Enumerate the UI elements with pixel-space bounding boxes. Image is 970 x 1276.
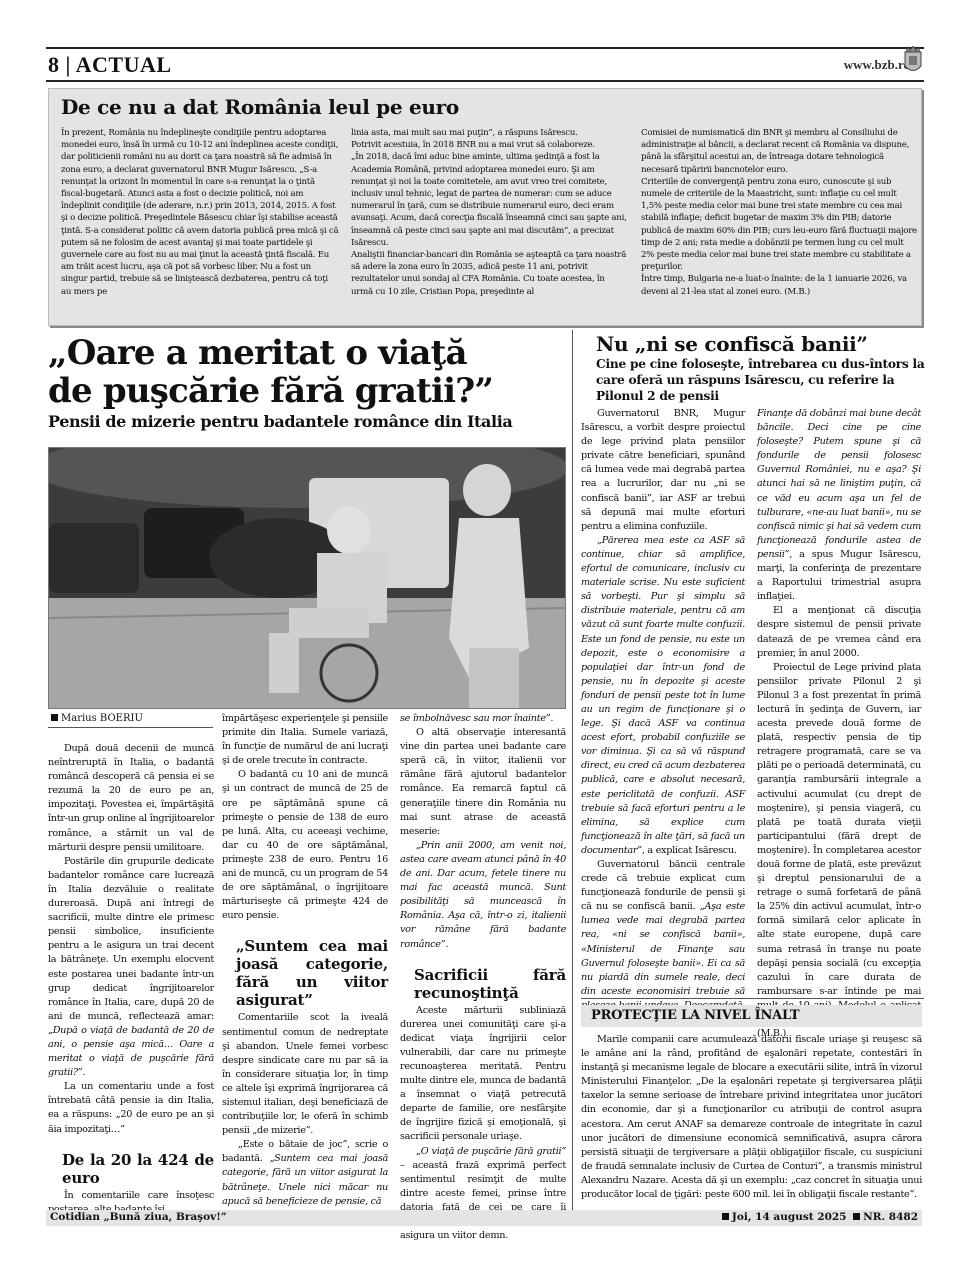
quote-run: se îmbolnăvesc sau mor înainte”. — [400, 713, 553, 724]
section-heading: „Suntem cea mai joasă categorie, fără un… — [236, 937, 388, 1009]
issue-date: Joi, 14 august 2025 — [732, 1211, 847, 1223]
bullet-square-icon — [51, 714, 58, 721]
paragraph: Comentariile scot la iveală sentimentul … — [222, 1011, 388, 1138]
protectie-title-bar: PROTECŢIE LA NIVEL ÎNALT — [581, 1005, 922, 1027]
paragraph: Proiectul de Lege privind plata pensiilo… — [757, 661, 921, 1042]
right-article-title: Nu „ni se confiscă banii” — [596, 332, 868, 356]
box-paragraph: Analiştii financiar-bancari din România … — [351, 249, 629, 298]
main-article-column-3: se îmbolnăvesc sau mor înainte”. O altă … — [400, 712, 566, 1243]
top-rule — [46, 47, 924, 49]
page-footer: Cotidian „Bună ziua, Braşov!” Joi, 14 au… — [46, 1210, 922, 1226]
paragraph: Guvernatorul BNR, Mugur Isărescu, a vorb… — [581, 407, 745, 534]
paragraph: Postările din grupurile dedicate badante… — [48, 855, 214, 1081]
column-divider — [572, 330, 573, 1210]
paragraph: împărtăşesc experienţele şi pensiile pri… — [222, 712, 388, 768]
paragraph: „Prin anii 2000, am venit noi, astea car… — [400, 839, 566, 952]
bullet-square-icon — [853, 1213, 860, 1220]
article-photo — [48, 447, 566, 709]
paragraph: Aceste mărturii subliniază durerea unei … — [400, 1004, 566, 1145]
box-title: De ce nu a dat România leul pe euro — [61, 95, 459, 119]
box-paragraph: „În 2018, dacă îmi aduc bine aminte, ult… — [351, 151, 629, 249]
paragraph: O badantă cu 10 ani de muncă şi un contr… — [222, 768, 388, 923]
photo-illustration — [49, 448, 566, 709]
box-column-1: În prezent, România nu îndeplineşte cond… — [61, 127, 339, 298]
quote-run: „După o viaţă de badantă de 20 de ani, o… — [48, 1025, 214, 1078]
paragraph: El a menţionat că discuţia despre sistem… — [757, 604, 921, 660]
author-name: Marius BOERIU — [61, 713, 143, 724]
paragraph: „O viaţă de puşcărie fără gratii” – acea… — [400, 1145, 566, 1244]
paragraph: La un comentariu unde a fost întrebată c… — [48, 1080, 214, 1136]
box-paragraph: Comisiei de numismatică din BNR şi membr… — [641, 127, 919, 176]
right-article-column-1: Guvernatorul BNR, Mugur Isărescu, a vorb… — [581, 407, 745, 1027]
box-column-2: linia asta, mai mult sau mai puţin”, a r… — [351, 127, 629, 298]
city-crest-icon — [902, 46, 924, 76]
section-heading: De la 20 la 424 de euro — [62, 1151, 214, 1187]
main-article-column-1: După două decenii de muncă neîntreruptă … — [48, 742, 214, 1217]
right-article-subtitle: Cine pe cine foloseşte, întrebarea cu du… — [596, 356, 926, 404]
box-paragraph: În prezent, România nu îndeplineşte cond… — [61, 127, 339, 298]
box-paragraph: linia asta, mai mult sau mai puţin”, a r… — [351, 127, 629, 139]
box-paragraph: Criteriile de convergenţă pentru zona eu… — [641, 176, 919, 274]
euro-sidebar-box: De ce nu a dat România leul pe euro În p… — [48, 88, 922, 326]
main-article-column-2: împărtăşesc experienţele şi pensiile pri… — [222, 712, 388, 1209]
issue-number: NR. 8482 — [863, 1211, 918, 1223]
header-rule — [46, 80, 924, 82]
text-run: , a explicat Isărescu. — [642, 845, 737, 856]
quote-run: „Părerea mea este ca ASF să continue, ch… — [581, 535, 745, 856]
quote-run: Finanţe dă dobânzi mai bune decât băncil… — [757, 408, 921, 560]
section-heading: Sacrificii fără recunoştinţă — [414, 966, 566, 1002]
paragraph: Finanţe dă dobânzi mai bune decât băncil… — [757, 407, 921, 604]
paragraph: Marile companii care acumulează datorii … — [581, 1033, 922, 1202]
box-column-3: Comisiei de numismatică din BNR şi membr… — [641, 127, 919, 298]
title-line: „Oare a meritat o viaţă — [48, 334, 568, 372]
byline: Marius BOERIU — [48, 713, 213, 728]
text-run: – această frază exprimă perfect sentimen… — [400, 1160, 566, 1241]
section-divider — [581, 998, 924, 999]
box-paragraph: Între timp, Bulgaria ne-a luat-o înainte… — [641, 273, 919, 297]
main-article-title: „Oare a meritat o viaţă de puşcărie fără… — [48, 334, 568, 410]
bullet-square-icon — [722, 1213, 729, 1220]
quote-run: „O viaţă de puşcărie fără gratii” — [416, 1146, 566, 1157]
main-article-subtitle: Pensii de mizerie pentru badantele român… — [48, 412, 512, 431]
protectie-article: Marile companii care acumulează datorii … — [581, 1033, 922, 1202]
box-paragraph: Potrivit acestuia, în 2018 BNR nu a mai … — [351, 139, 629, 151]
paragraph: Guvernatorul băncii centrale crede că tr… — [581, 858, 745, 1027]
paragraph: „Părerea mea este ca ASF să continue, ch… — [581, 534, 745, 858]
paragraph: „Este o bătaie de joc”, scrie o badantă.… — [222, 1138, 388, 1208]
page-section-header: 8 | ACTUAL — [48, 52, 172, 78]
publication-name: Cotidian „Bună ziua, Braşov!” — [50, 1211, 227, 1225]
issue-info: Joi, 14 august 2025 NR. 8482 — [719, 1211, 918, 1225]
quote-run: „Prin anii 2000, am venit noi, astea car… — [400, 840, 566, 950]
text-run: Postările din grupurile dedicate badante… — [48, 856, 214, 1022]
paragraph: O altă observaţie interesantă vine din p… — [400, 726, 566, 839]
website-url[interactable]: www.bzb.ro — [844, 57, 910, 73]
right-article-column-2: Finanţe dă dobânzi mai bune decât băncil… — [757, 407, 921, 1041]
title-line: de puşcărie fără gratii?” — [48, 372, 568, 410]
paragraph: După două decenii de muncă neîntreruptă … — [48, 742, 214, 855]
